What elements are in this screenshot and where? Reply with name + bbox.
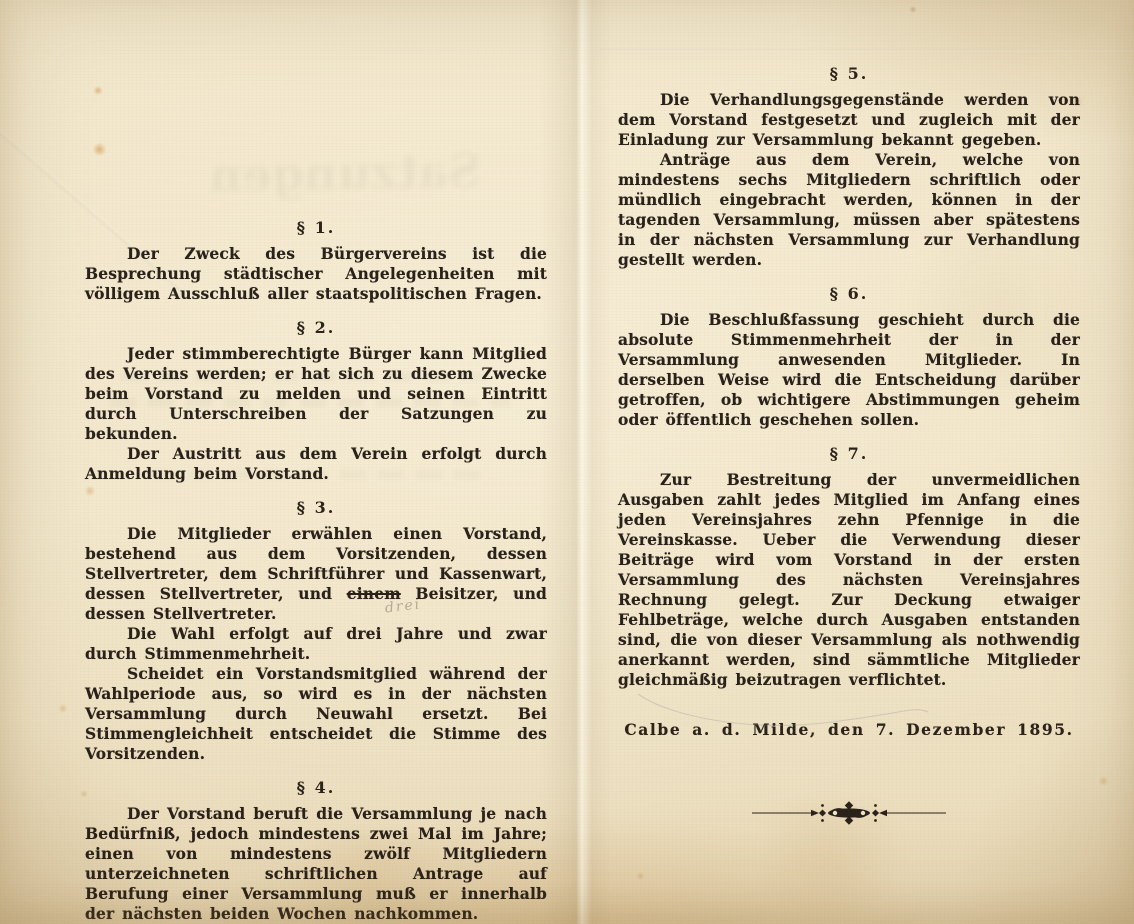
section-5-paragraph-2: Anträge aus dem Verein, welche von minde…	[618, 150, 1080, 270]
section-7-heading: § 7.	[618, 444, 1080, 464]
section-3: § 3. Die Mitglieder erwählen einen Vorst…	[85, 498, 547, 764]
dateline: Calbe a. d. Milde, den 7. Dezember 1895.	[618, 720, 1080, 739]
section-3-heading: § 3.	[85, 498, 547, 518]
foxing-spot	[636, 872, 645, 880]
section-4-heading: § 4.	[85, 778, 547, 798]
section-1: § 1. Der Zweck des Bürgervereins ist die…	[85, 218, 547, 304]
section-2: § 2. Jeder stimmberechtigte Bürger kann …	[85, 318, 547, 484]
section-7: § 7. Zur Bestreitung der unvermeidlichen…	[618, 444, 1080, 690]
section-3-paragraph-2: Die Wahl erfolgt auf drei Jahre und zwar…	[85, 624, 547, 664]
ornament-divider-icon	[749, 801, 949, 825]
section-2-paragraph-1: Jeder stimmberechtigte Bürger kann Mitgl…	[85, 344, 547, 444]
section-5-heading: § 5.	[618, 64, 1080, 84]
section-6: § 6. Die Beschlußfassung geschieht durch…	[618, 284, 1080, 430]
left-page: § 1. Der Zweck des Bürgervereins ist die…	[85, 0, 547, 924]
section-3-paragraph-3: Scheidet ein Vorstandsmitglied während d…	[85, 664, 547, 764]
center-fold-crease	[540, 0, 612, 924]
document-scan: Satzungen § 1. Der Zweck des Bürgerverei…	[0, 0, 1134, 924]
foxing-spot	[1098, 776, 1109, 786]
foxing-spot	[58, 704, 68, 713]
section-2-heading: § 2.	[85, 318, 547, 338]
section-2-paragraph-2: Der Austritt aus dem Verein erfolgt durc…	[85, 444, 547, 484]
section-7-paragraph-1: Zur Bestreitung der unvermeidlichen Ausg…	[618, 470, 1080, 690]
right-page: § 5. Die Verhandlungsgegenstände werden …	[618, 0, 1080, 825]
section-5: § 5. Die Verhandlungsgegenstände werden …	[618, 64, 1080, 270]
struck-word: einemdrei	[347, 584, 401, 603]
section-4: § 4. Der Vorstand beruft die Versammlung…	[85, 778, 547, 924]
section-3-paragraph-1: Die Mitglieder erwählen einen Vorstand, …	[85, 524, 547, 624]
section-6-heading: § 6.	[618, 284, 1080, 304]
section-5-paragraph-1: Die Verhandlungsgegenstände werden von d…	[618, 90, 1080, 150]
section-4-paragraph-1: Der Vorstand beruft die Versammlung je n…	[85, 804, 547, 924]
section-1-paragraph-1: Der Zweck des Bürgervereins ist die Besp…	[85, 244, 547, 304]
section-6-paragraph-1: Die Beschlußfassung geschieht durch die …	[618, 310, 1080, 430]
section-1-heading: § 1.	[85, 218, 547, 238]
